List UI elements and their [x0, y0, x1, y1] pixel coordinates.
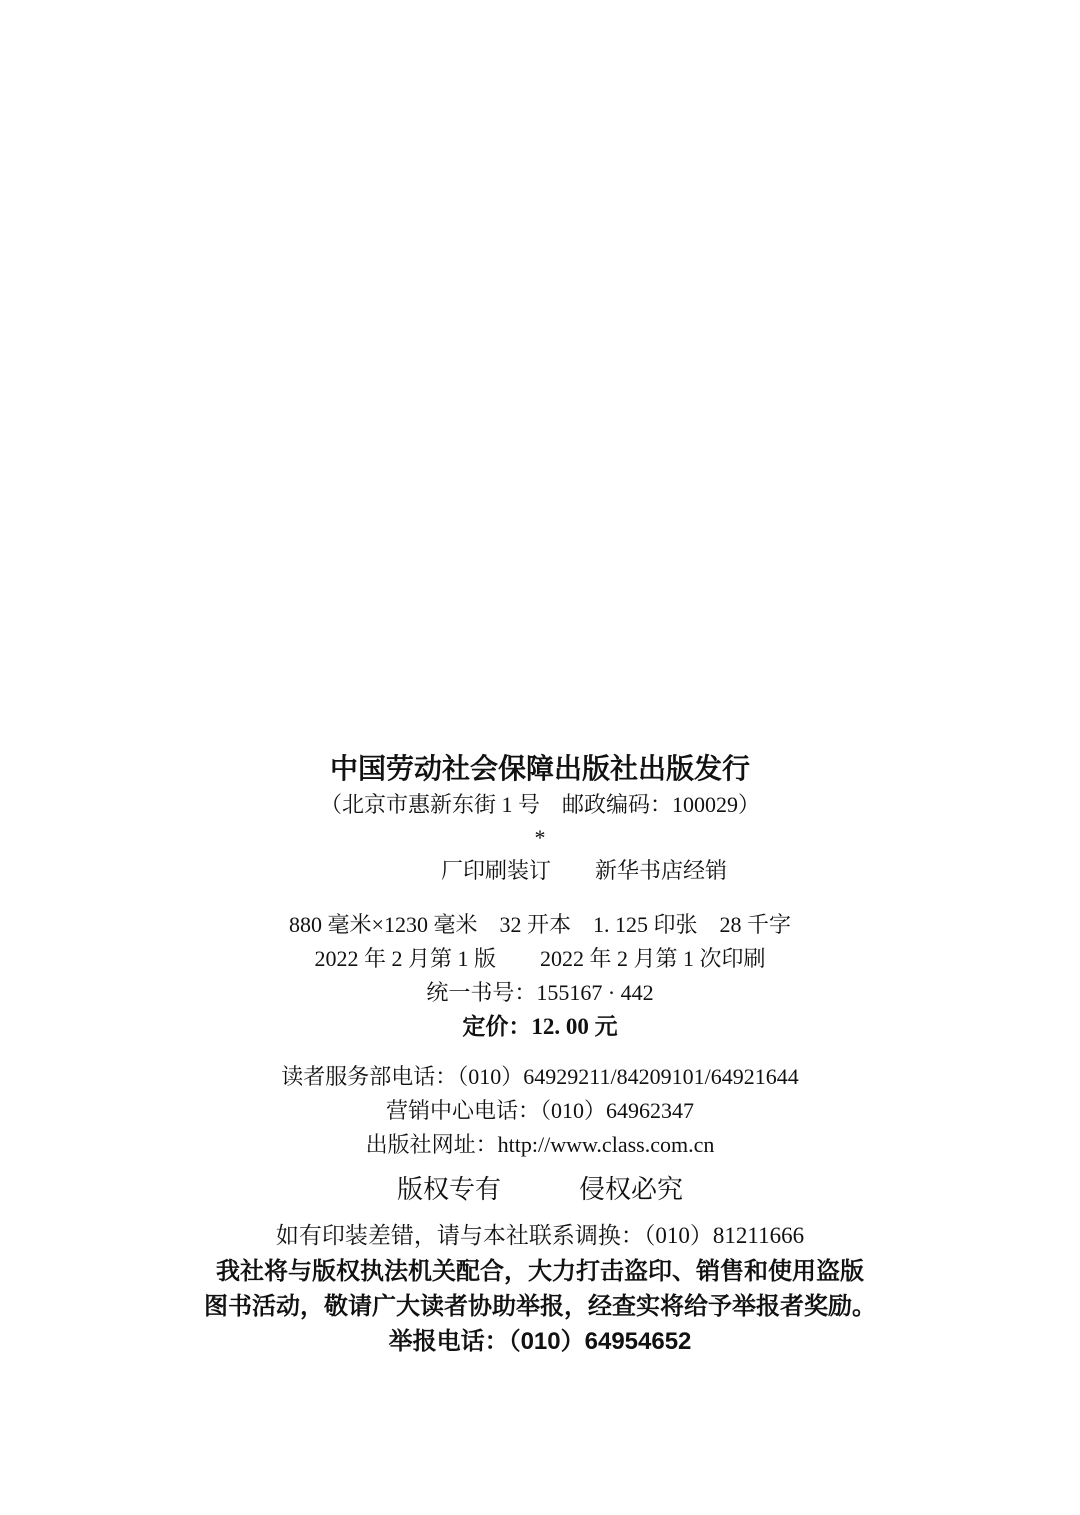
format-spec-line: 880 毫米×1230 毫米 32 开本 1. 125 印张 28 千字 [0, 908, 1080, 942]
report-phone-line: 举报电话：（010）64954652 [0, 1324, 1080, 1359]
printing-distribution-line: 厂印刷装订 新华书店经销 [0, 854, 1080, 888]
anti-piracy-statement-line1: 我社将与版权执法机关配合，大力打击盗印、销售和使用盗版 [0, 1254, 1080, 1289]
publisher-issue-line: 中国劳动社会保障出版社出版发行 [0, 752, 1080, 788]
edition-printing-line: 2022 年 2 月第 1 版 2022 年 2 月第 1 次印刷 [0, 942, 1080, 976]
unified-book-number-line: 统一书号：155167 · 442 [0, 976, 1080, 1010]
copyright-statement: 版权专有 侵权必究 [0, 1170, 1080, 1210]
publisher-address-line: （北京市惠新东街 1 号 邮政编码：100029） [0, 788, 1080, 822]
marketing-phone-line: 营销中心电话：（010）64962347 [0, 1094, 1080, 1128]
publisher-website-line: 出版社网址：http://www.class.com.cn [0, 1128, 1080, 1162]
price-line: 定价：12. 00 元 [0, 1010, 1080, 1044]
anti-piracy-statement-line2: 图书活动，敬请广大读者协助举报，经查实将给予举报者奖励。 [0, 1289, 1080, 1324]
colophon-page: 中国劳动社会保障出版社出版发行 （北京市惠新东街 1 号 邮政编码：100029… [0, 0, 1080, 1515]
colophon-text-block: 中国劳动社会保障出版社出版发行 （北京市惠新东街 1 号 邮政编码：100029… [0, 752, 1080, 1359]
misprint-exchange-line: 如有印装差错，请与本社联系调换：（010）81211666 [0, 1218, 1080, 1254]
asterisk-divider: * [0, 822, 1080, 854]
reader-service-phone-line: 读者服务部电话：（010）64929211/84209101/64921644 [0, 1060, 1080, 1094]
